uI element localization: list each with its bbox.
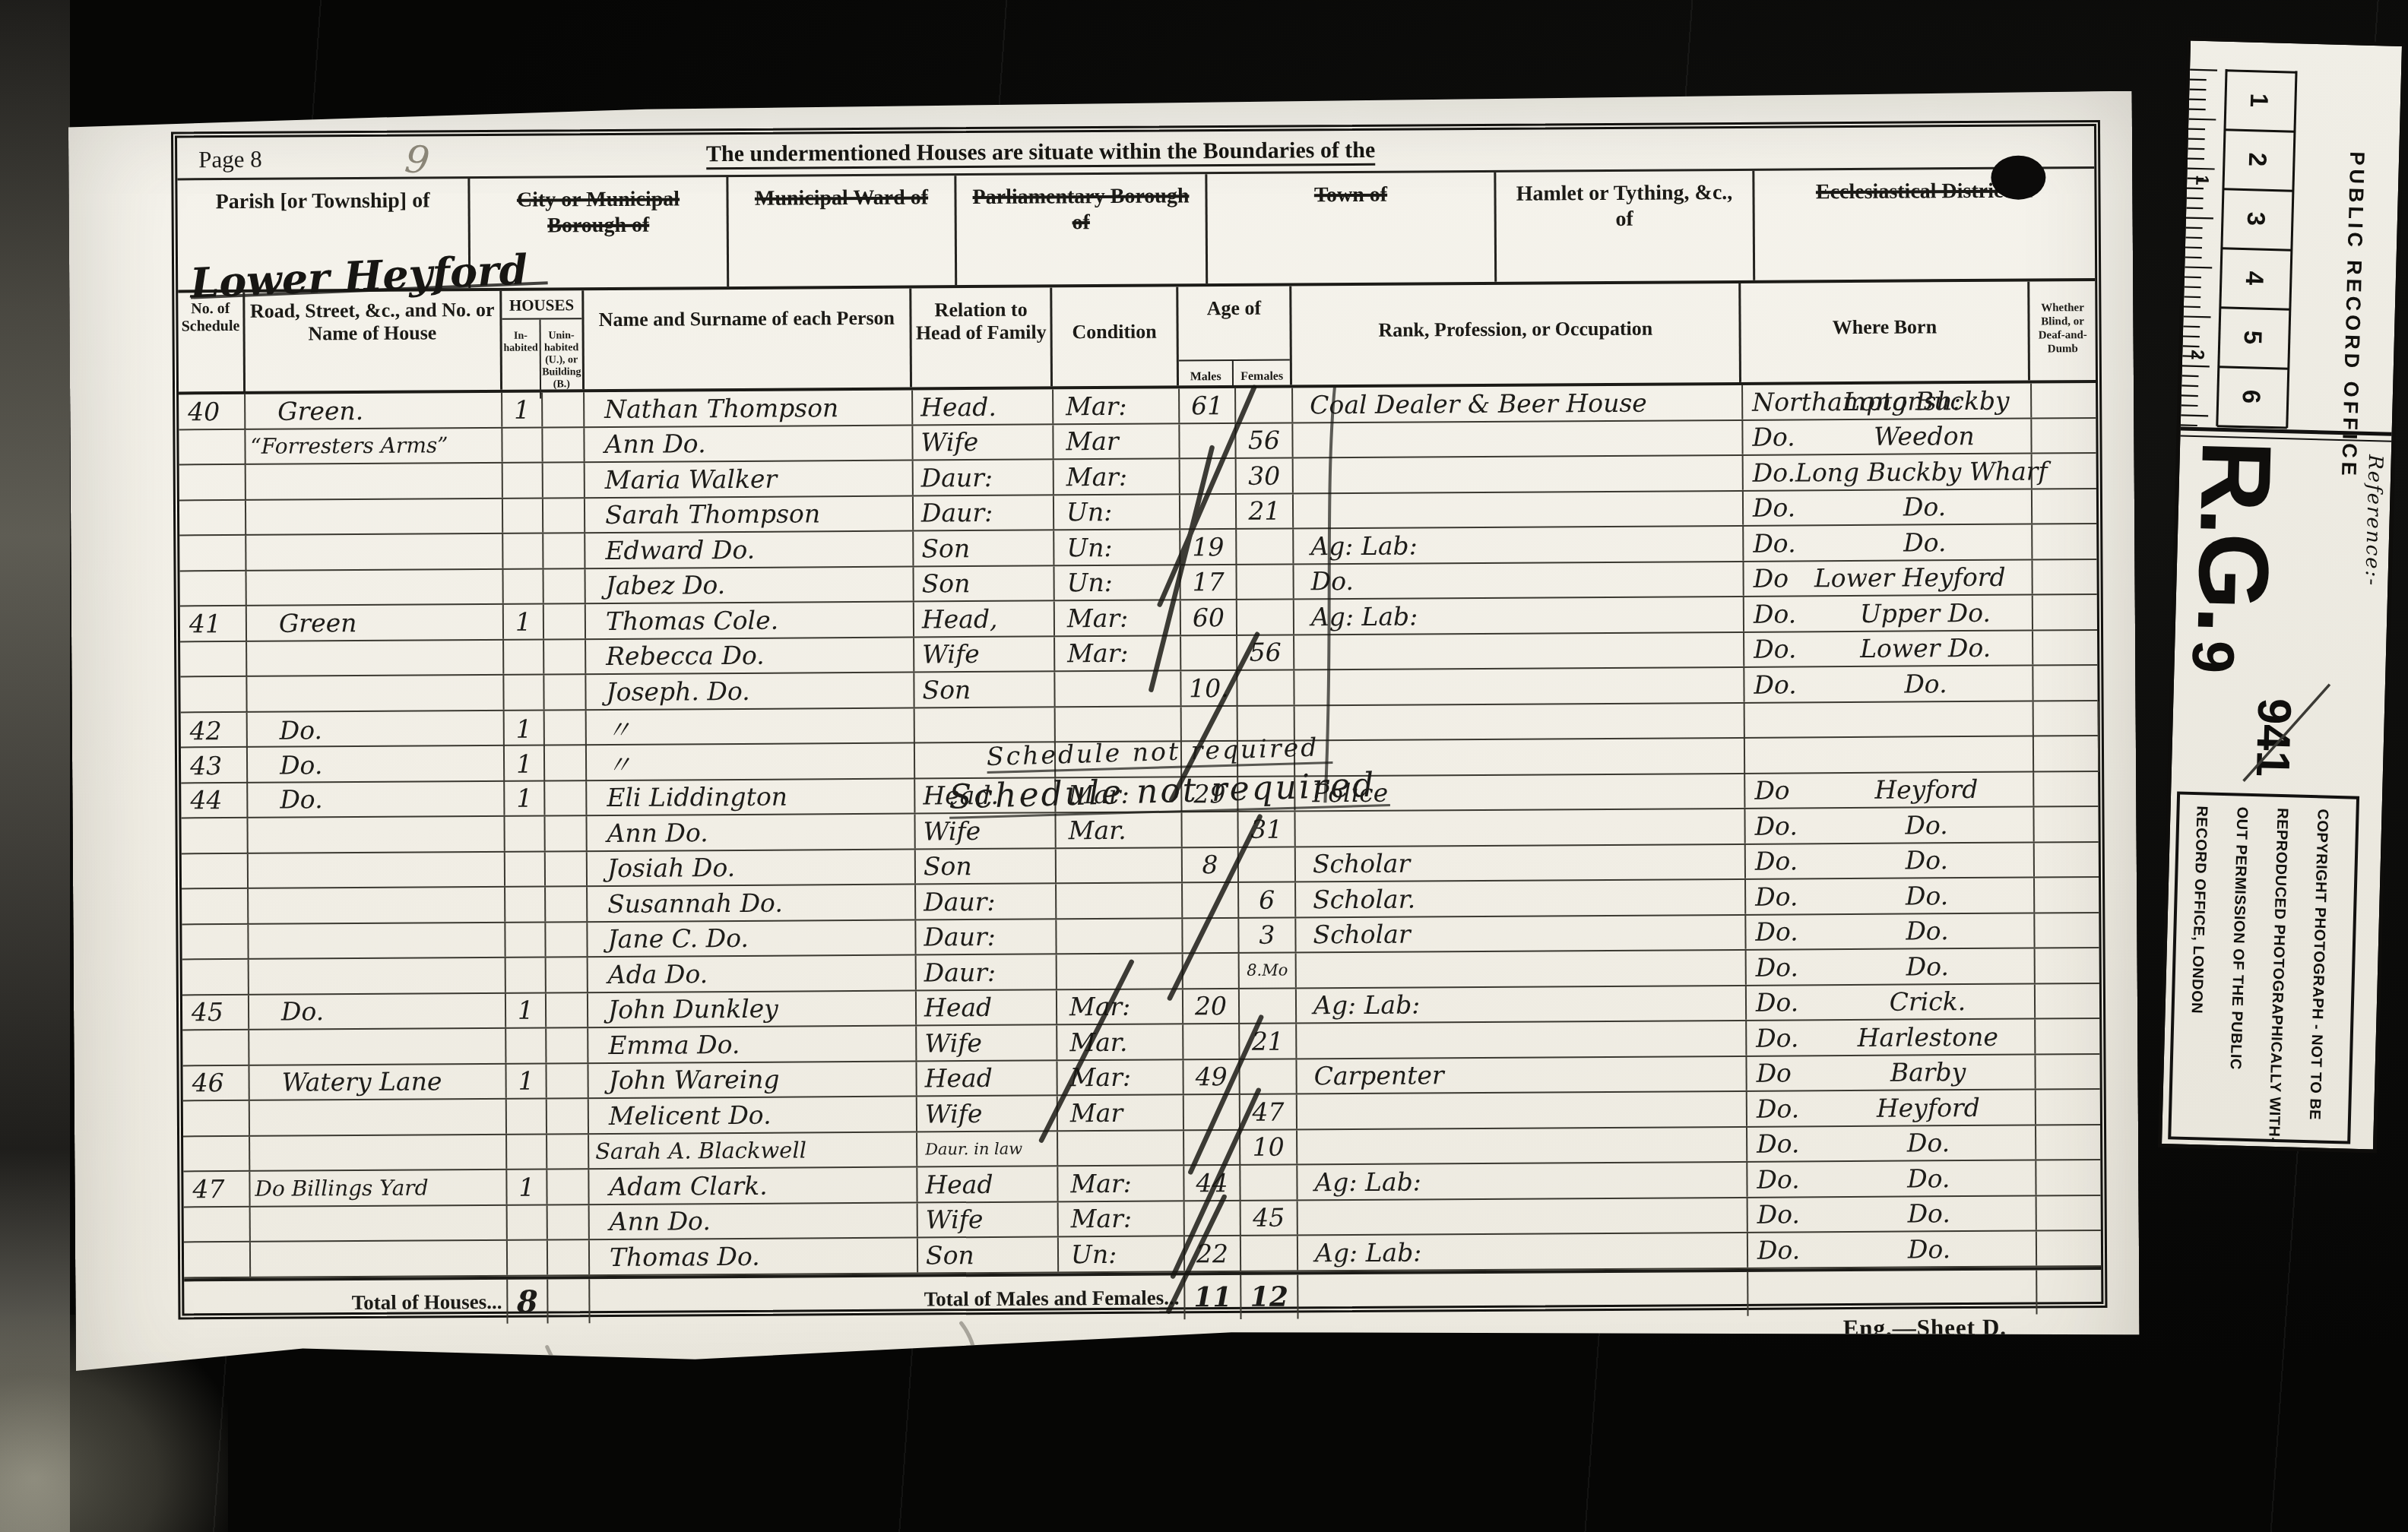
rg-series-label: R.G. (2175, 438, 2295, 632)
name-cell: Susannah Do. (588, 885, 916, 921)
municipal-ward-label: Municipal Ward of (755, 185, 928, 210)
occupation-cell (1295, 703, 1745, 742)
road-cell: Watery Lane (249, 1064, 506, 1100)
age-male-cell: 19 (1180, 530, 1237, 564)
born-place: Harlestone (1847, 1021, 2034, 1052)
age-male-cell (1184, 1130, 1240, 1164)
born-cell (1745, 737, 2034, 774)
name-cell: Ada Do. (588, 956, 917, 992)
blind-cell (2036, 948, 2101, 983)
age-male-cell (1185, 1201, 1241, 1235)
uninhabited-cell (547, 957, 588, 992)
total-mf-label: Total of Males and Females... (590, 1275, 1185, 1323)
inhabited-cell (503, 569, 543, 603)
name-cell: Emma Do. (588, 1027, 917, 1062)
born-cell: Do.Do. (1748, 1196, 2037, 1232)
born-cell: Do.Heyford (1747, 1090, 2036, 1126)
uninhabited-cell (546, 887, 588, 921)
uninhabited-cell (547, 1064, 588, 1098)
occupation-cell: Scholar (1296, 915, 1746, 951)
copyright-box: COPYRIGHT PHOTOGRAPH - NOT TO BE REPRODU… (2168, 791, 2359, 1144)
city-borough-label: City or Municipal Borough of (517, 187, 680, 237)
age-female-cell (1240, 989, 1297, 1023)
born-county: Do. (1748, 1199, 1849, 1230)
born-cell: Do.Crick. (1747, 984, 2036, 1020)
census-table-frame: Page 8 9 The undermentioned Houses are s… (171, 120, 2108, 1319)
totals-occupation-cell (1298, 1272, 1748, 1319)
age-male-cell: 61 (1180, 388, 1236, 423)
born-place: Do. (1844, 527, 2031, 558)
inhabited-cell (507, 1135, 547, 1169)
age-male-cell: 44 (1184, 1166, 1240, 1200)
age-female-cell (1240, 1059, 1297, 1094)
born-county: Do (1745, 775, 1846, 806)
relation-cell: Head, (914, 601, 1055, 636)
blind-cell (2034, 701, 2099, 738)
header-hamlet: Hamlet or Tything, &c., of (1496, 171, 1755, 282)
born-county: Do. (1747, 952, 1847, 983)
born-county: Do. (1744, 492, 1844, 523)
relation-cell: Head (917, 990, 1057, 1025)
name-cell: Josiah Do. (588, 850, 916, 885)
born-place: Lower Do. (1845, 633, 2032, 664)
age-female-cell (1240, 1165, 1297, 1199)
header-municipal-ward: Municipal Ward of (728, 176, 957, 286)
copyright-line-2: REPRODUCED PHOTOGRAPHICALLY WITH- (2253, 807, 2302, 1135)
inhabited-cell (505, 887, 546, 921)
name-cell: Eli Liddington (587, 779, 915, 815)
age-male-cell (1183, 883, 1239, 917)
road-cell: Do. (249, 993, 506, 1029)
born-cell: Do.Do. (1744, 666, 2033, 702)
total-males-value: 11 (1185, 1275, 1241, 1319)
inhabited-cell: 1 (506, 1064, 547, 1098)
name-cell: Ann Do. (585, 426, 913, 461)
age-female-cell (1239, 847, 1296, 882)
inhabited-cell: 1 (502, 393, 543, 427)
column-header-row: No. of Schedule Road, Street, &c., and N… (178, 281, 2096, 394)
condition-cell: Mar (1058, 1095, 1184, 1130)
name-cell: Ann Do. (587, 815, 915, 850)
blind-cell (2036, 1125, 2102, 1159)
uninhabited-cell (545, 816, 587, 850)
copyright-line-4: RECORD OFFICE, LONDON (2172, 806, 2221, 1133)
parliamentary-borough-label: Parliamentary Borough of (972, 184, 1189, 234)
piece-number: 941 (2245, 698, 2302, 777)
born-county: Do (1744, 564, 1814, 594)
age-male-cell: 17 (1180, 565, 1237, 599)
born-cell: Do.Do. (1746, 878, 2035, 914)
age-male-cell (1180, 423, 1236, 457)
condition-cell (1057, 919, 1183, 954)
age-male-cell (1183, 1024, 1240, 1059)
uninhabited-cell (546, 923, 588, 957)
schedule-cell (184, 1242, 251, 1277)
relation-cell: Son (914, 672, 1055, 707)
uninhabited-cell (547, 993, 588, 1027)
inhabited-cell: 1 (504, 604, 544, 638)
ruler-box-4: 4 (2238, 262, 2270, 293)
born-place: Do. (1846, 916, 2033, 947)
inhabited-cell (503, 499, 543, 533)
uninhabited-cell (544, 604, 586, 638)
age-female-cell: 3 (1239, 918, 1296, 952)
hamlet-label: Hamlet or Tything, &c., of (1516, 181, 1733, 231)
occupation-cell (1297, 1127, 1747, 1163)
colhead-blind: Whether Blind, or Deaf-and-Dumb (2029, 281, 2096, 381)
relation-cell: Son (918, 1237, 1059, 1272)
uninhabited-cell (545, 745, 587, 781)
age-female-cell: 21 (1237, 494, 1294, 528)
schedule-cell (180, 641, 247, 676)
condition-cell (1057, 954, 1183, 989)
schedule-cell: 44 (181, 783, 248, 817)
relation-cell: Daur: (916, 884, 1057, 919)
inhabited-cell: 1 (505, 745, 545, 781)
age-male-cell: 10. (1181, 671, 1237, 705)
relation-cell: Son (914, 530, 1054, 565)
road-cell (248, 817, 505, 853)
age-male-cell (1181, 635, 1237, 669)
occupation-cell: Ag: Lab: (1297, 986, 1747, 1022)
relation-cell (915, 707, 1056, 744)
road-cell (247, 569, 504, 605)
born-county: Do. (1748, 1235, 1849, 1265)
uninhabited-cell (545, 711, 587, 746)
born-place: Long Buckby (1843, 385, 2036, 416)
census-rows: 40Green.1Nathan ThompsonHead.Mar:61Coal … (179, 383, 2101, 1278)
blind-cell (2033, 595, 2099, 629)
colhead-females: Females (1234, 360, 1290, 385)
schedule-cell (182, 889, 249, 923)
road-cell: Do. (248, 711, 505, 748)
colhead-houses: HOUSES In-habited Unin-habited (U.), or … (502, 290, 585, 390)
total-houses-value: 8 (508, 1279, 548, 1323)
occupation-cell: Scholar. (1296, 880, 1746, 916)
blind-cell (2034, 807, 2099, 841)
schedule-cell (183, 1136, 250, 1170)
age-female-cell (1237, 670, 1294, 704)
name-cell: Thomas Do. (590, 1239, 918, 1274)
born-county: Do (1747, 1058, 1847, 1088)
name-cell: Nathan Thompson (585, 391, 913, 426)
blind-cell (2033, 454, 2098, 488)
condition-cell (1058, 1131, 1184, 1166)
born-county: Do. (1747, 1164, 1848, 1195)
uninhabited-cell (544, 675, 586, 709)
born-cell: Do.Do. (1744, 489, 2033, 525)
ruler-box-1: 1 (2244, 84, 2275, 116)
class-number: 9 (2178, 639, 2248, 674)
age-female-cell (1237, 565, 1294, 599)
relation-cell: Head. (913, 389, 1053, 424)
blind-cell (2035, 842, 2100, 876)
occupation-cell: Ag: Lab: (1298, 1233, 1748, 1270)
blind-cell (2033, 560, 2098, 594)
age-male-cell (1183, 918, 1239, 952)
name-cell: Sarah A. Blackwell (589, 1132, 917, 1168)
town-label: Town of (1314, 183, 1387, 207)
born-cell: DoBarby (1747, 1055, 2036, 1090)
relation-cell: Wife (913, 425, 1053, 460)
born-place: Do. (1845, 668, 2032, 699)
relation-cell: Wife (917, 1025, 1057, 1060)
schedule-cell: 43 (181, 748, 248, 784)
born-county: Do. (1744, 634, 1845, 664)
film-edge-strip (0, 0, 70, 1532)
uninhabited-cell (543, 392, 585, 426)
schedule-cell (179, 500, 246, 534)
age-female-cell: 10 (1240, 1130, 1297, 1164)
total-females-value: 12 (1241, 1274, 1298, 1318)
blind-cell (2036, 1019, 2101, 1053)
relation-cell: Daur. in law (917, 1132, 1058, 1166)
blind-cell (2034, 736, 2099, 773)
age-female-cell: 6 (1239, 882, 1296, 916)
road-cell: Do. (248, 781, 505, 817)
born-county: Do. (1744, 457, 1795, 487)
age-female-cell: 47 (1240, 1094, 1297, 1128)
name-cell: Ann Do. (590, 1203, 918, 1239)
age-female-cell: 30 (1237, 458, 1294, 492)
occupation-cell: Ag: Lab: (1294, 527, 1744, 563)
pro-reference-card: 1 2 1 2 3 4 5 6 PUBLIC RECORD OFFICE R.G… (2158, 36, 2406, 1153)
road-cell (246, 534, 503, 570)
ruler-inch-1: 1 (2190, 169, 2213, 192)
road-cell (246, 499, 503, 534)
inhabited-cell (505, 852, 546, 886)
blind-cell (2033, 524, 2098, 559)
born-county: Do. (1744, 669, 1845, 700)
schedule-cell (184, 1207, 251, 1241)
relation-cell: Head (917, 1061, 1057, 1096)
road-cell: Do. (248, 746, 505, 783)
ink-blob (1991, 155, 2045, 199)
born-cell: Do.Do. (1745, 808, 2034, 844)
name-cell: Sarah Thompson (585, 496, 914, 532)
road-cell: Green (247, 605, 504, 641)
blind-cell (2036, 1160, 2102, 1195)
uninhabited-cell (543, 428, 585, 462)
schedule-cell: 45 (182, 995, 249, 1029)
age-male-cell: 20 (1183, 989, 1240, 1023)
condition-cell: Mar: (1054, 459, 1180, 494)
name-cell: Jabez Do. (585, 567, 914, 603)
schedule-cell (183, 1101, 250, 1135)
colhead-uninhabited: Unin-habited (U.), or Building (B.) (541, 319, 582, 398)
condition-cell (1057, 848, 1183, 883)
census-page: Page 8 9 The undermentioned Houses are s… (68, 91, 2140, 1419)
blind-cell (2033, 666, 2099, 700)
occupation-cell (1297, 1021, 1747, 1058)
age-female-cell: 56 (1237, 635, 1294, 669)
condition-cell: Mar: (1057, 989, 1183, 1024)
age-female-cell: 45 (1241, 1201, 1298, 1235)
uninhabited-cell (543, 499, 585, 533)
born-place: Do. (1844, 492, 2031, 523)
condition-cell: Mar: (1055, 600, 1181, 635)
born-place: Weedon (1843, 421, 2030, 452)
born-place: Upper Do. (1845, 597, 2032, 628)
relation-cell: Daur: (917, 954, 1057, 989)
uninhabited-cell (545, 781, 587, 815)
uninhabited-cell (548, 1240, 590, 1274)
condition-cell: Mar: (1057, 1060, 1183, 1095)
header-ecclesiastical: Ecclesiastical District of (1754, 169, 2095, 280)
inhabited-cell (508, 1240, 548, 1274)
born-county: Northamptonsh: (1743, 387, 1843, 417)
road-cell (246, 464, 503, 499)
road-cell (247, 640, 504, 676)
blind-cell (2032, 419, 2097, 453)
road-cell (249, 888, 505, 923)
banner-wrap: The undermentioned Houses are situate wi… (177, 135, 1904, 171)
relation-cell: Daur: (914, 460, 1054, 495)
copyright-line-1: COPYRIGHT PHOTOGRAPH - NOT TO BE (2293, 809, 2342, 1136)
condition-cell: Un: (1059, 1236, 1185, 1271)
occupation-cell (1294, 491, 1744, 527)
schedule-cell: 42 (181, 712, 248, 749)
blind-cell (2036, 983, 2101, 1018)
condition-cell: Mar: (1055, 636, 1181, 671)
relation-cell: Wife (918, 1202, 1059, 1237)
inhabited-cell: 1 (506, 993, 547, 1027)
occupation-cell (1294, 668, 1744, 704)
age-male-cell (1183, 954, 1240, 988)
born-county (1745, 756, 1846, 757)
schedule-cell: 41 (180, 606, 247, 641)
name-cell: John Dunkley (588, 991, 917, 1027)
born-place: Do. (1846, 845, 2033, 876)
relation-cell: Wife (914, 637, 1055, 672)
born-county: Do. (1747, 1128, 1848, 1159)
born-cell: Do.Do. (1744, 525, 2033, 561)
header-town: Town of (1207, 173, 1497, 283)
born-county: Do. (1744, 599, 1845, 629)
ruler-box-2: 2 (2242, 144, 2273, 175)
schedule-cell: 40 (179, 394, 246, 429)
name-cell: Adam Clark. (589, 1168, 917, 1204)
occupation-cell (1295, 809, 1745, 846)
born-cell: Do.Do. (1747, 1125, 2036, 1161)
inhabited-cell (505, 816, 545, 850)
name-cell: Rebecca Do. (586, 638, 914, 673)
occupation-cell (1298, 1198, 1748, 1234)
road-cell: Green. (246, 393, 502, 429)
born-cell: Do.Do. (1747, 1161, 2036, 1197)
schedule-cell (182, 960, 249, 994)
schedule-cell (180, 571, 247, 605)
age-female-cell (1237, 529, 1294, 563)
uninhabited-cell (548, 1205, 590, 1239)
inhabited-cell (502, 428, 543, 462)
road-cell (251, 1205, 508, 1241)
colhead-males: Males (1179, 361, 1234, 385)
born-cell: Do.Harlestone (1747, 1020, 2036, 1056)
occupation-cell: Do. (1294, 562, 1744, 598)
uninhabited-cell (547, 1028, 588, 1062)
inhabited-cell (503, 533, 543, 568)
condition-cell (1055, 671, 1181, 706)
total-houses-label: Total of Houses... (184, 1280, 508, 1326)
born-county: Do. (1745, 811, 1846, 841)
occupation-cell: Coal Dealer & Beer House (1293, 385, 1743, 422)
born-cell: Do.Long Buckby Wharf (1744, 454, 2033, 490)
name-cell: John Wareing (588, 1062, 917, 1097)
blind-cell (2037, 1195, 2102, 1230)
blind-cell (2033, 631, 2099, 665)
born-cell (1745, 701, 2034, 739)
age-female-cell: 8.Mo (1240, 953, 1297, 987)
colhead-born: Where Born (1741, 282, 2030, 382)
parish-label: Parish [or Township] of (215, 188, 429, 214)
age-male-cell: 49 (1183, 1059, 1240, 1094)
born-cell: Do.Do. (1747, 949, 2036, 985)
name-cell: Maria Walker (585, 461, 914, 497)
road-cell (249, 852, 505, 888)
name-cell: Thomas Cole. (586, 603, 914, 638)
born-place: Do. (1848, 1163, 2035, 1194)
relation-cell: Daur: (914, 495, 1054, 530)
condition-cell: Mar (1053, 424, 1180, 459)
occupation-cell (1294, 632, 1744, 669)
occupation-cell (1297, 1092, 1747, 1128)
occupation-cell: Scholar (1296, 844, 1746, 881)
inhabited-cell (504, 675, 544, 709)
schedule-cell: 46 (182, 1065, 249, 1100)
born-place (1846, 720, 2033, 721)
relation-cell: Wife (917, 1096, 1058, 1131)
reference-label: Reference:- (2360, 454, 2387, 587)
born-place: Do. (1849, 1233, 2036, 1265)
location-header-band: Parish [or Township] of Lower Heyford Ci… (177, 169, 2095, 293)
age-male-cell (1182, 812, 1238, 847)
age-male-cell (1180, 494, 1237, 528)
colhead-occupation: Rank, Profession, or Occupation (1291, 283, 1741, 385)
born-county: Do. (1747, 1023, 1847, 1053)
schedule-cell (180, 677, 247, 711)
born-place: Crick. (1847, 986, 2034, 1018)
relation-cell: Head (917, 1166, 1058, 1201)
condition-cell: Un: (1054, 495, 1180, 530)
inhabited-cell (505, 923, 546, 957)
totals-born-cell (1748, 1271, 2037, 1316)
schedule-cell (179, 465, 246, 499)
name-cell: Edward Do. (585, 532, 914, 568)
inhabited-cell (503, 464, 543, 498)
road-cell (247, 676, 504, 711)
condition-cell: Un: (1054, 530, 1180, 565)
colhead-condition: Condition (1052, 286, 1179, 386)
born-county: Do. (1744, 528, 1844, 559)
born-place: Heyford (1846, 774, 2033, 806)
born-place: Do. (1846, 880, 2033, 911)
totals-blind-cell (2037, 1270, 2102, 1315)
inhabited-cell: 1 (505, 711, 545, 746)
blind-cell (2035, 913, 2100, 947)
ruler-box-6: 6 (2235, 381, 2267, 412)
condition-cell: Mar. (1057, 1024, 1183, 1059)
inhabited-cell: 1 (505, 781, 545, 815)
born-place (1846, 755, 2033, 756)
copyright-text: COPYRIGHT PHOTOGRAPH - NOT TO BE REPRODU… (2172, 806, 2342, 1136)
born-cell: Do.Do. (1746, 843, 2035, 878)
schedule-cell (179, 429, 246, 464)
banner-title: The undermentioned Houses are situate wi… (706, 138, 1376, 169)
colhead-road: Road, Street, &c., and No. or Name of Ho… (245, 291, 502, 391)
born-county: Do. (1746, 882, 1846, 912)
born-county: Do. (1746, 846, 1846, 876)
